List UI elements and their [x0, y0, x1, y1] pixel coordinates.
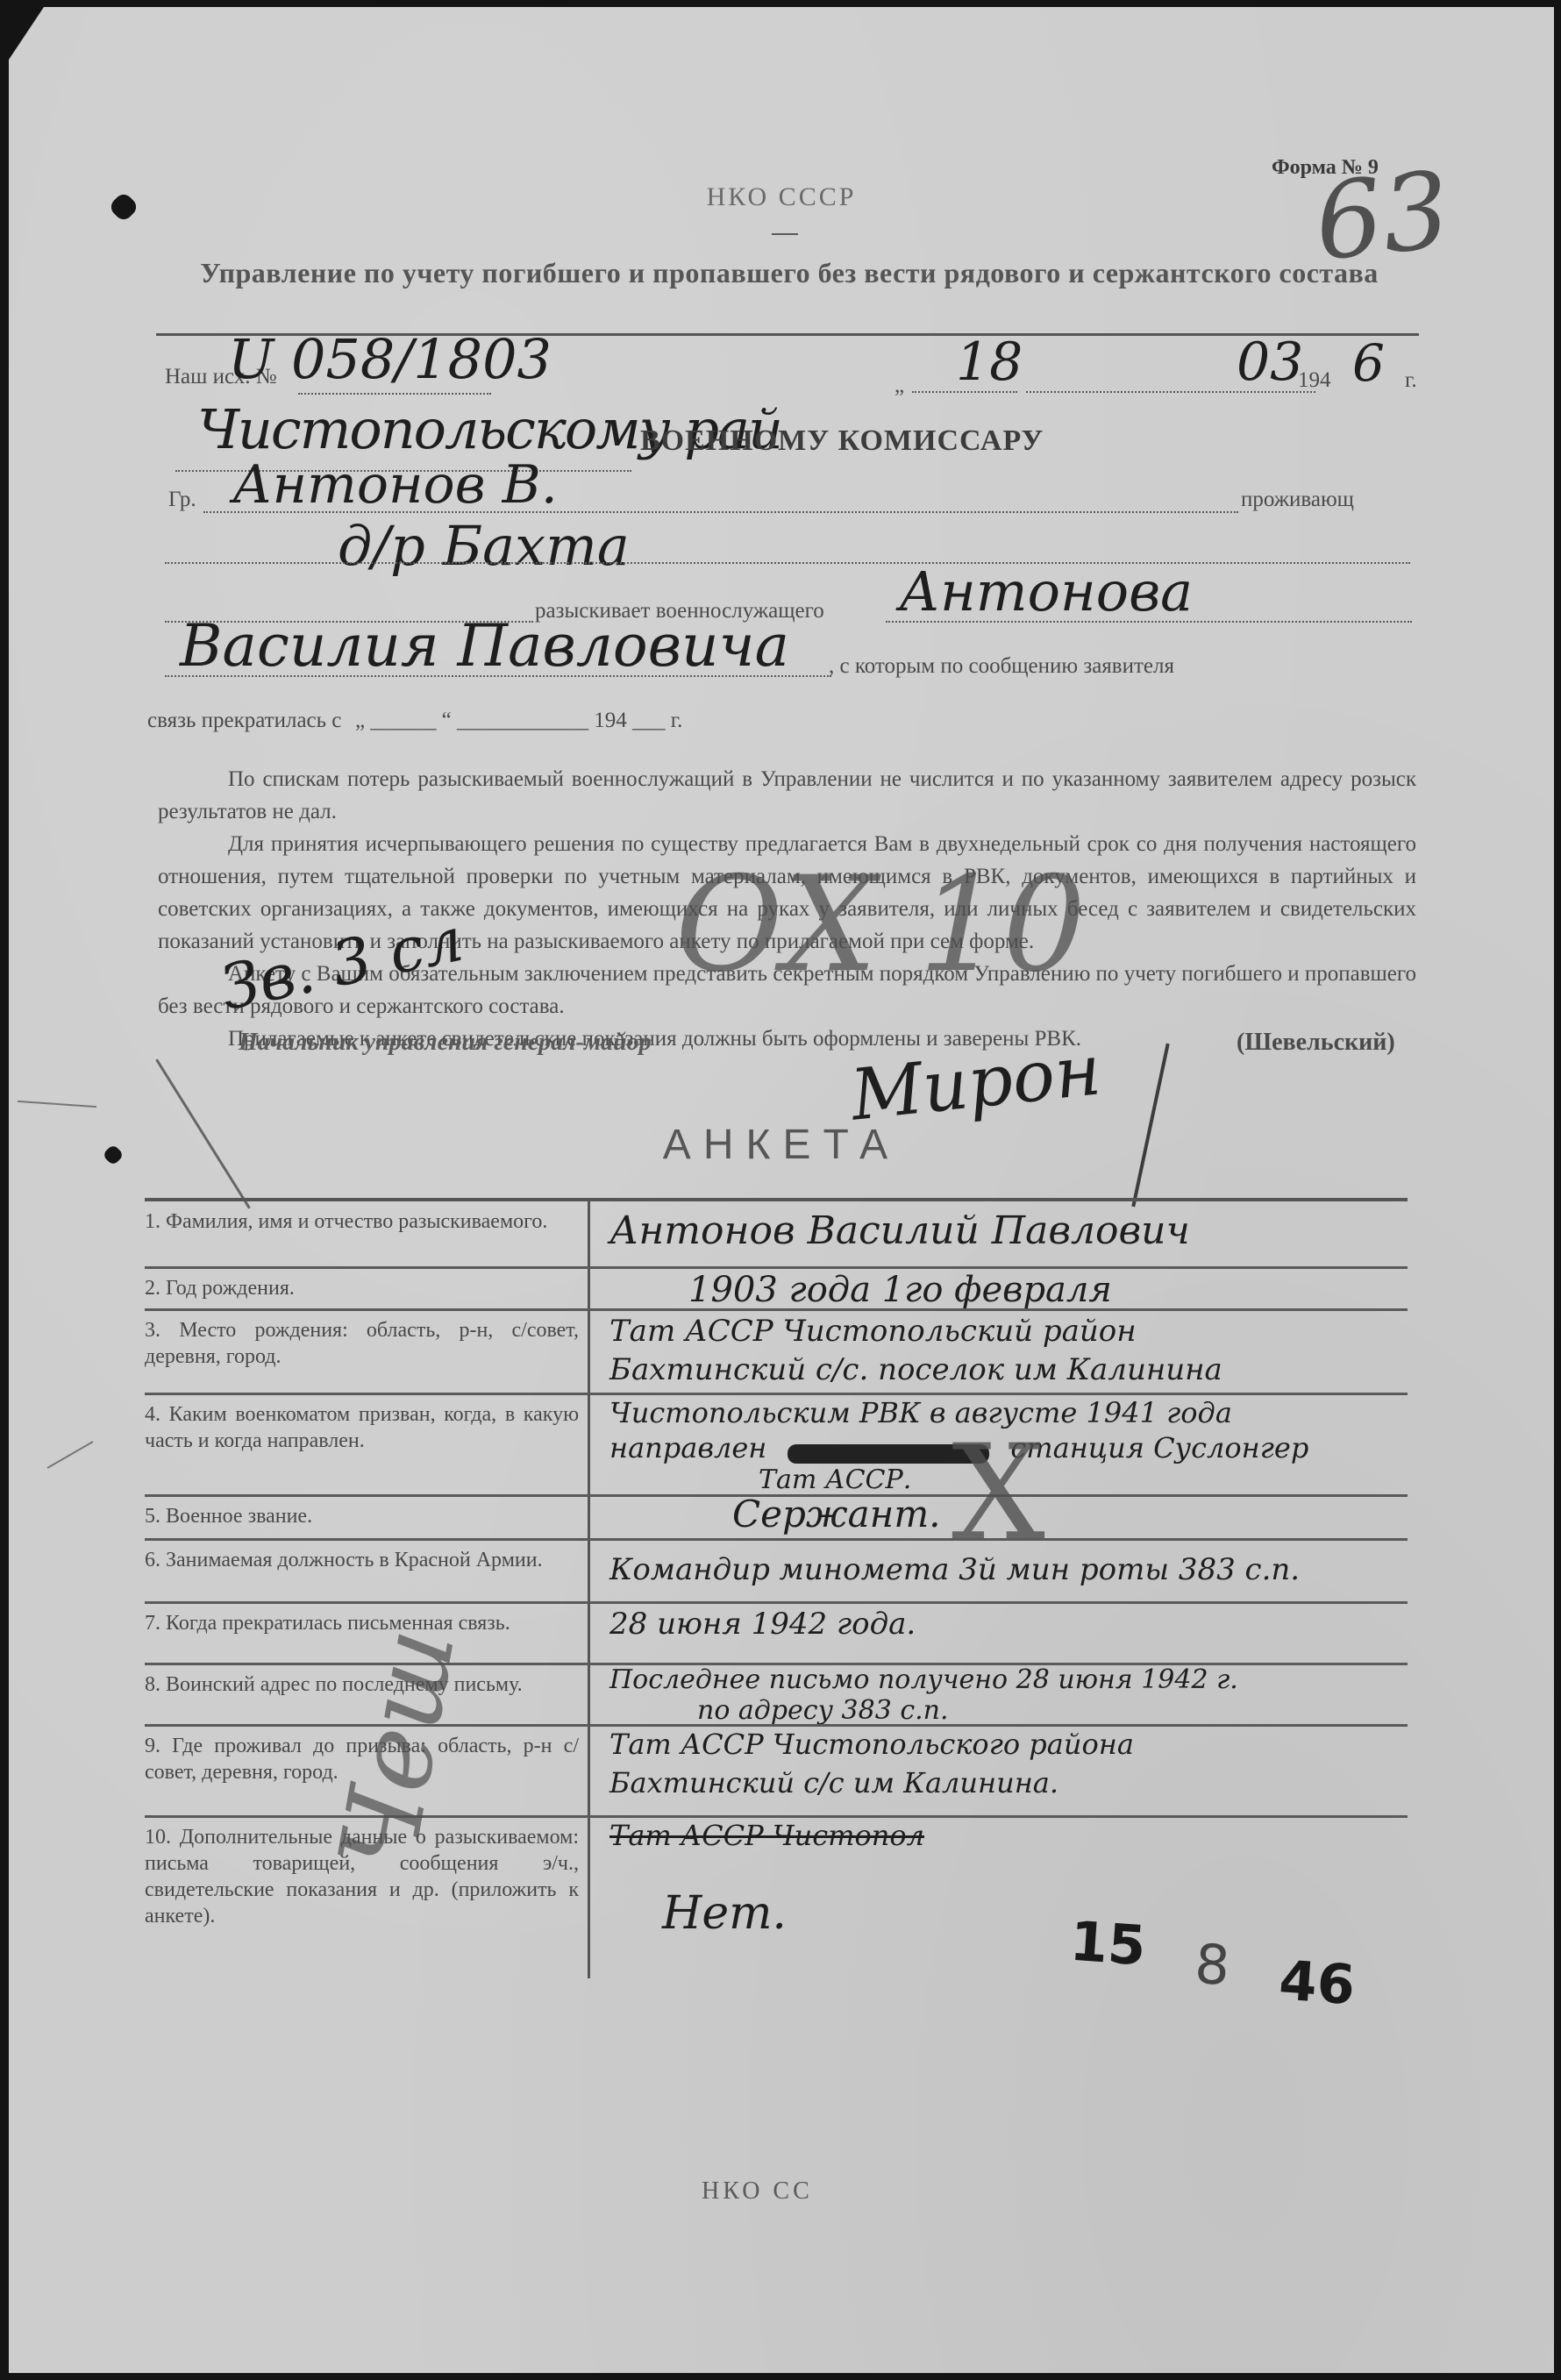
table-row: 3. Место рождения: область, р-н, с/совет…	[145, 1317, 1408, 1387]
row-value: 28 июня 1942 года.	[609, 1607, 1399, 1642]
row-divider	[145, 1393, 1408, 1395]
table-top-rule	[145, 1198, 1408, 1201]
stamp-month: 8	[1193, 1932, 1231, 1999]
citizen-label: Гр.	[168, 488, 196, 512]
stamp-day: 15	[1068, 1909, 1148, 1978]
faded-footer-stamp: НКО СС	[702, 2177, 813, 2205]
table-row: 7. Когда прекратилась письменная связь. …	[145, 1610, 1408, 1663]
serviceman-name-handwritten: Василия Павловича	[180, 612, 789, 680]
date-quote: „	[895, 374, 904, 398]
paper-crack	[18, 1101, 96, 1108]
reported-label: , с которым по сообщению заявителя	[829, 654, 1174, 679]
table-row: 1. Фамилия, имя и отчество разыскиваемог…	[145, 1208, 1408, 1263]
department-title: Управление по учету погибшего и пропавше…	[162, 251, 1416, 295]
anketa-title: АНКЕТА	[9, 1121, 1554, 1169]
serviceman-underline	[165, 675, 831, 677]
row-value: Тат АССР Чистопол Нет.	[609, 1819, 1399, 1940]
row-value: Тат АССР Чистопольского района Бахтински…	[609, 1728, 1399, 1799]
row-divider	[145, 1601, 1408, 1604]
row-label: 3. Место рождения: область, р-н, с/совет…	[145, 1317, 579, 1370]
row-value: Тат АССР Чистопольский район Бахтинский …	[609, 1314, 1399, 1387]
signature-name: (Шевельский)	[1237, 1029, 1395, 1057]
row-value: Последнее письмо получено 28 июня 1942 г…	[609, 1664, 1399, 1726]
row-label: 6. Занимаемая должность в Красной Армии.	[145, 1547, 579, 1573]
serviceman-surname-handwritten: Антонова	[899, 559, 1193, 624]
row-label: 4. Каким военкоматом призван, когда, в к…	[145, 1401, 579, 1454]
row-value: Сержант.	[732, 1493, 1522, 1536]
row-label: 5. Военное звание.	[145, 1503, 579, 1529]
paper-crack	[47, 1441, 94, 1469]
recipient-printed: ВОЕННОМУ КОМИССАРУ	[640, 424, 1044, 458]
table-row: 6. Занимаемая должность в Красной Армии.…	[145, 1547, 1408, 1601]
row-label: 1. Фамилия, имя и отчество разыскиваемог…	[145, 1208, 579, 1235]
corner-number-handwritten: 63	[1309, 149, 1455, 284]
row-value: Командир миномета 3й мин роты 383 с.п.	[609, 1552, 1399, 1587]
row-value: Антонов Василий Павлович	[609, 1208, 1399, 1253]
table-row: 4. Каким военкоматом призван, когда, в к…	[145, 1401, 1408, 1489]
row-label: 2. Год рождения.	[145, 1275, 579, 1301]
paragraph-1: По спискам потерь разыскиваемый военносл…	[158, 763, 1416, 828]
row-divider	[145, 1308, 1408, 1311]
ref-number-handwritten: U 058/1803	[228, 327, 552, 391]
stamp-year: 46	[1277, 1948, 1357, 2017]
address-underline	[165, 562, 1410, 564]
scanned-document-page: Форма № 9 НКО СССР Управление по учету п…	[9, 7, 1554, 2373]
citizen-handwritten: Антонов В.	[232, 454, 558, 516]
header-dash	[772, 233, 798, 235]
date-suffix: г.	[1405, 368, 1417, 393]
big-mark-handwritten: ОХ 10	[675, 849, 1086, 1001]
date-month-handwritten: 03	[1237, 331, 1303, 393]
table-row: 2. Год рождения. 1903 года 1го февраля	[145, 1275, 1408, 1310]
table-row: 8. Воинский адрес по последнему письму. …	[145, 1671, 1408, 1726]
signature-title: Начальник управления генерал-майор	[239, 1029, 652, 1057]
row-divider	[145, 1266, 1408, 1269]
residing-label: проживающ	[1241, 488, 1354, 512]
date-year-prefix: 194	[1298, 368, 1331, 393]
ref-underline	[298, 393, 491, 395]
date-day-handwritten: 18	[956, 331, 1023, 393]
address-handwritten: д/р Бахта	[338, 514, 630, 578]
row-divider	[145, 1724, 1408, 1727]
row-value: 1903 года 1го февраля	[688, 1270, 1478, 1310]
row-divider	[145, 1538, 1408, 1541]
contact-lost-date: „ ______ “ ____________ 194 ___ г.	[355, 709, 682, 733]
contact-lost-label: связь прекратилась с	[147, 709, 341, 733]
table-row: 5. Военное звание. Сержант.	[145, 1503, 1408, 1538]
date-year-handwritten: 6	[1352, 333, 1385, 393]
